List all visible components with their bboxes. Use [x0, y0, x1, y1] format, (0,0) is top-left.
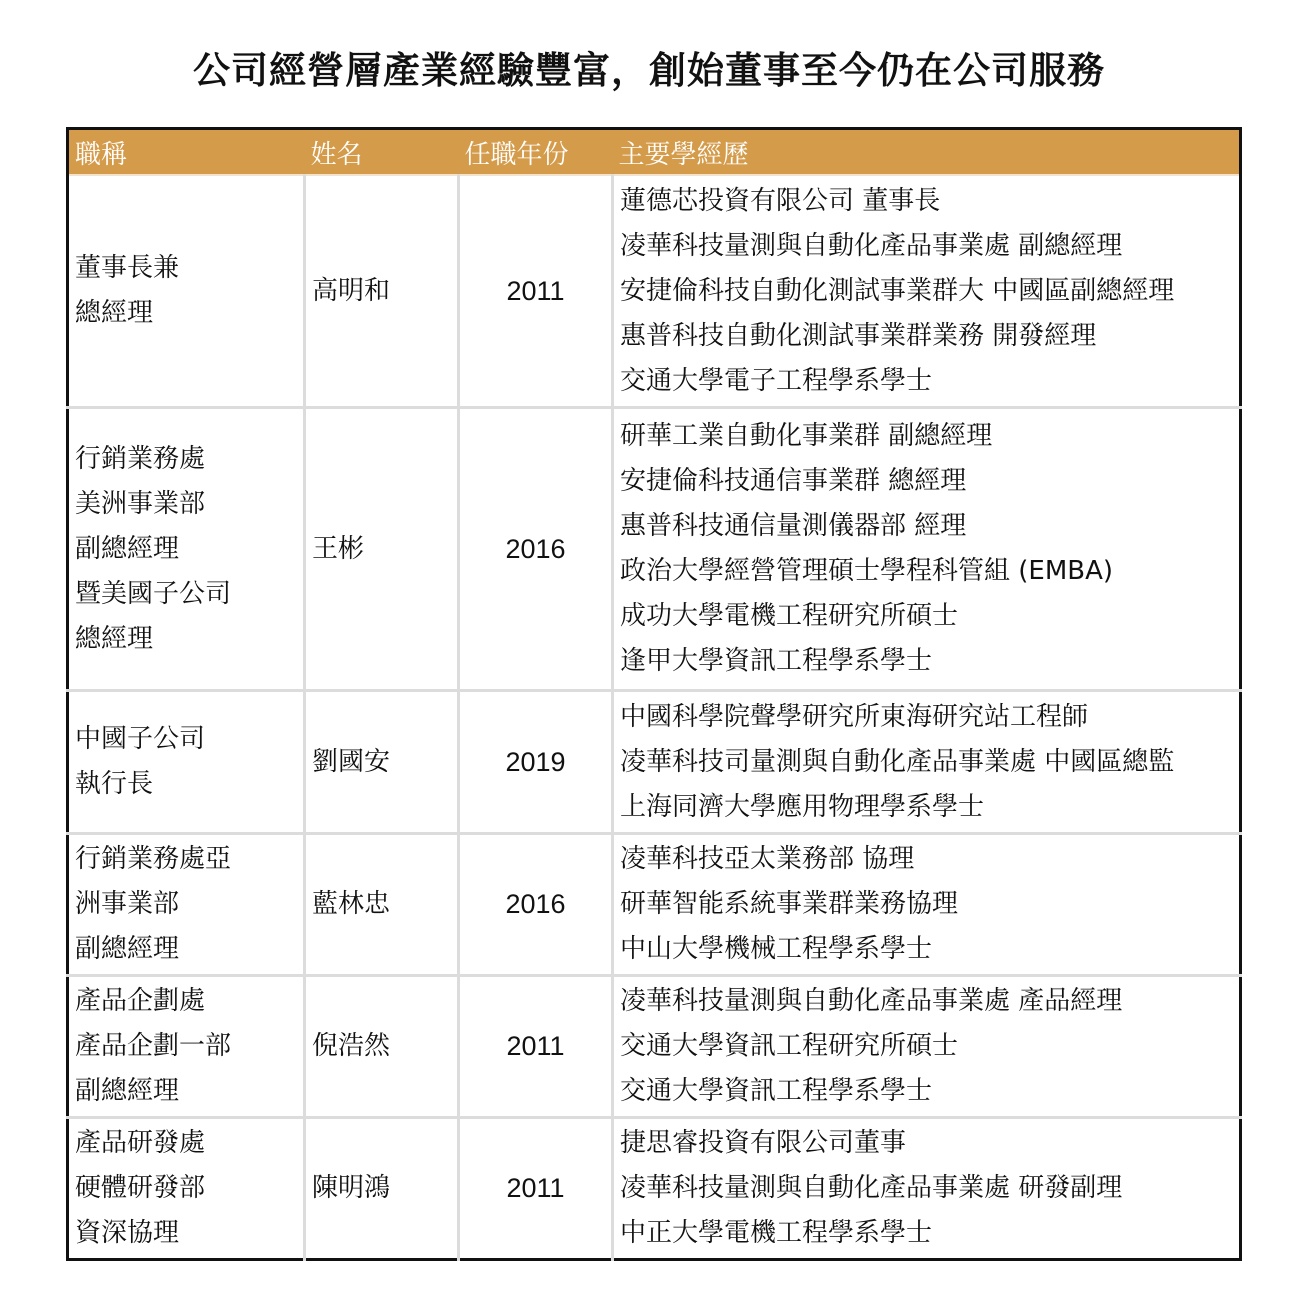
- table-header-row: 職稱 姓名 任職年份 主要學經歷: [68, 129, 1241, 176]
- title-line: 美洲事業部: [75, 482, 303, 527]
- table-row: 中國子公司 執行長 劉國安 2019 中國科學院聲學研究所東海研究站工程師 凌華…: [68, 691, 1241, 834]
- experience-line: 惠普科技通信量測儀器部 經理: [620, 504, 1239, 549]
- table-row: 產品研發處 硬體研發部 資深協理 陳明鴻 2011 捷思睿投資有限公司董事 凌華…: [68, 1118, 1241, 1260]
- experience-line: 凌華科技亞太業務部 協理: [620, 837, 1239, 882]
- title-line: 產品企劃處: [75, 979, 303, 1024]
- cell-year: 2016: [459, 834, 613, 976]
- table-row: 行銷業務處 美洲事業部 副總經理 暨美國子公司 總經理 王彬 2016 研華工業…: [68, 408, 1241, 691]
- title-line: 總經理: [75, 617, 303, 662]
- cell-title: 行銷業務處亞 洲事業部 副總經理: [68, 834, 305, 976]
- title-line: 資深協理: [75, 1211, 303, 1256]
- experience-line: 成功大學電機工程研究所碩士: [620, 594, 1239, 639]
- experience-line: 逢甲大學資訊工程學系學士: [620, 639, 1239, 684]
- header-experience: 主要學經歷: [613, 129, 1241, 176]
- title-line: 中國子公司: [75, 717, 303, 762]
- cell-experience: 中國科學院聲學研究所東海研究站工程師 凌華科技司量測與自動化產品事業處 中國區總…: [613, 691, 1241, 834]
- title-line: 產品企劃一部: [75, 1024, 303, 1069]
- experience-line: 研華智能系統事業群業務協理: [620, 882, 1239, 927]
- experience-line: 凌華科技量測與自動化產品事業處 副總經理: [620, 224, 1239, 269]
- title-line: 洲事業部: [75, 882, 303, 927]
- cell-year: 2011: [459, 175, 613, 408]
- table-row: 行銷業務處亞 洲事業部 副總經理 藍林忠 2016 凌華科技亞太業務部 協理 研…: [68, 834, 1241, 976]
- cell-experience: 研華工業自動化事業群 副總經理 安捷倫科技通信事業群 總經理 惠普科技通信量測儀…: [613, 408, 1241, 691]
- cell-name: 倪浩然: [305, 976, 459, 1118]
- table-row: 董事長兼 總經理 高明和 2011 蓮德芯投資有限公司 董事長 凌華科技量測與自…: [68, 175, 1241, 408]
- title-line: 硬體研發部: [75, 1166, 303, 1211]
- title-line: 副總經理: [75, 527, 303, 572]
- page-title: 公司經營層產業經驗豐富，創始董事至今仍在公司服務: [0, 40, 1298, 94]
- title-line: 產品研發處: [75, 1121, 303, 1166]
- experience-line: 中山大學機械工程學系學士: [620, 927, 1239, 972]
- header-year: 任職年份: [459, 129, 613, 176]
- experience-line: 凌華科技量測與自動化產品事業處 產品經理: [620, 979, 1239, 1024]
- title-line: 行銷業務處亞: [75, 837, 303, 882]
- management-table: 職稱 姓名 任職年份 主要學經歷 董事長兼 總經理 高明和 2011 蓮德芯投資…: [66, 127, 1242, 1261]
- cell-name: 王彬: [305, 408, 459, 691]
- cell-experience: 凌華科技量測與自動化產品事業處 產品經理 交通大學資訊工程研究所碩士 交通大學資…: [613, 976, 1241, 1118]
- cell-year: 2011: [459, 976, 613, 1118]
- experience-line: 交通大學電子工程學系學士: [620, 359, 1239, 404]
- cell-experience: 捷思睿投資有限公司董事 凌華科技量測與自動化產品事業處 研發副理 中正大學電機工…: [613, 1118, 1241, 1260]
- experience-line: 中正大學電機工程學系學士: [620, 1211, 1239, 1256]
- cell-experience: 凌華科技亞太業務部 協理 研華智能系統事業群業務協理 中山大學機械工程學系學士: [613, 834, 1241, 976]
- experience-line: 惠普科技自動化測試事業群業務 開發經理: [620, 314, 1239, 359]
- title-line: 副總經理: [75, 1069, 303, 1114]
- experience-line: 凌華科技司量測與自動化產品事業處 中國區總監: [620, 740, 1239, 785]
- cell-name: 藍林忠: [305, 834, 459, 976]
- title-line: 董事長兼: [75, 246, 303, 291]
- cell-year: 2016: [459, 408, 613, 691]
- experience-line: 安捷倫科技通信事業群 總經理: [620, 459, 1239, 504]
- experience-line: 上海同濟大學應用物理學系學士: [620, 785, 1239, 830]
- experience-line: 蓮德芯投資有限公司 董事長: [620, 179, 1239, 224]
- title-line: 副總經理: [75, 927, 303, 972]
- experience-line: 凌華科技量測與自動化產品事業處 研發副理: [620, 1166, 1239, 1211]
- cell-title: 中國子公司 執行長: [68, 691, 305, 834]
- cell-name: 陳明鴻: [305, 1118, 459, 1260]
- experience-line: 研華工業自動化事業群 副總經理: [620, 414, 1239, 459]
- title-line: 行銷業務處: [75, 437, 303, 482]
- title-line: 暨美國子公司: [75, 572, 303, 617]
- cell-experience: 蓮德芯投資有限公司 董事長 凌華科技量測與自動化產品事業處 副總經理 安捷倫科技…: [613, 175, 1241, 408]
- table-row: 產品企劃處 產品企劃一部 副總經理 倪浩然 2011 凌華科技量測與自動化產品事…: [68, 976, 1241, 1118]
- experience-line: 政治大學經營管理碩士學程科管組 (EMBA): [620, 549, 1239, 594]
- cell-title: 產品研發處 硬體研發部 資深協理: [68, 1118, 305, 1260]
- cell-year: 2011: [459, 1118, 613, 1260]
- header-title: 職稱: [68, 129, 305, 176]
- header-name: 姓名: [305, 129, 459, 176]
- cell-title: 產品企劃處 產品企劃一部 副總經理: [68, 976, 305, 1118]
- cell-name: 劉國安: [305, 691, 459, 834]
- cell-title: 董事長兼 總經理: [68, 175, 305, 408]
- experience-line: 捷思睿投資有限公司董事: [620, 1121, 1239, 1166]
- experience-line: 交通大學資訊工程研究所碩士: [620, 1024, 1239, 1069]
- cell-year: 2019: [459, 691, 613, 834]
- title-line: 執行長: [75, 762, 303, 807]
- experience-line: 交通大學資訊工程學系學士: [620, 1069, 1239, 1114]
- experience-line: 中國科學院聲學研究所東海研究站工程師: [620, 695, 1239, 740]
- cell-title: 行銷業務處 美洲事業部 副總經理 暨美國子公司 總經理: [68, 408, 305, 691]
- cell-name: 高明和: [305, 175, 459, 408]
- title-line: 總經理: [75, 291, 303, 336]
- experience-line: 安捷倫科技自動化測試事業群大 中國區副總經理: [620, 269, 1239, 314]
